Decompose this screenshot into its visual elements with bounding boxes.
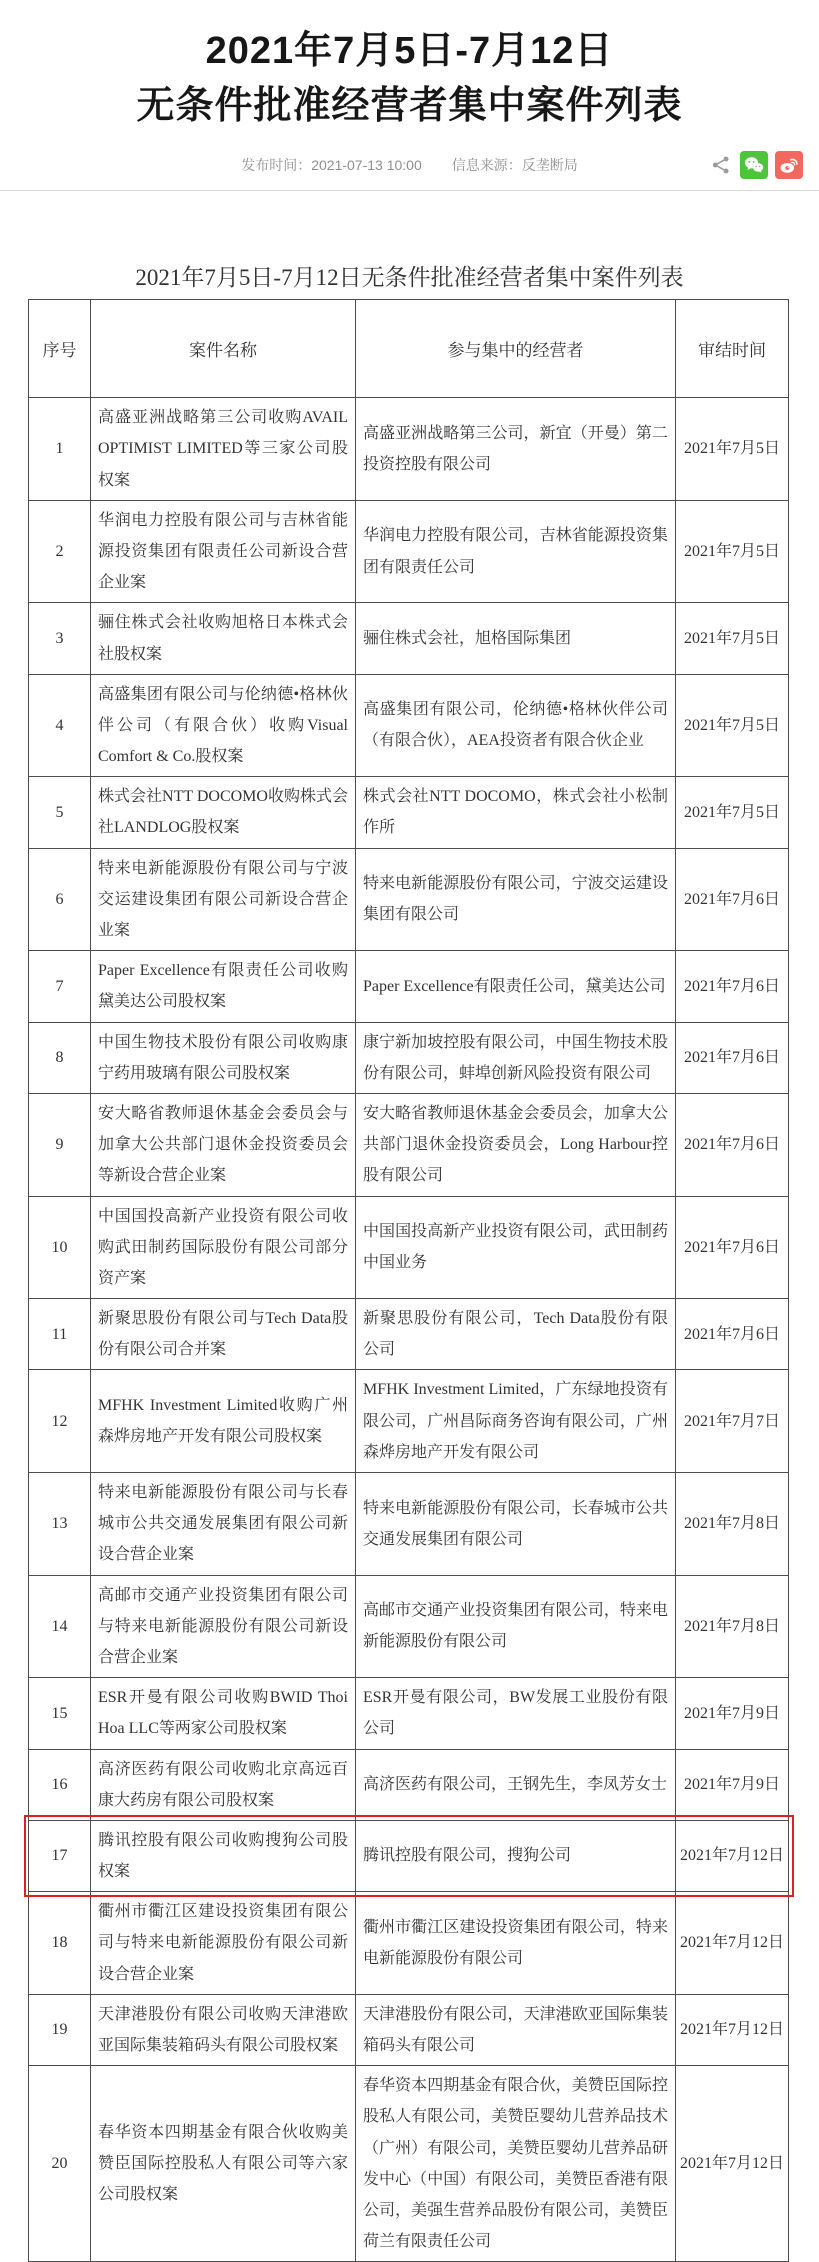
row-number: 15 <box>29 1678 91 1749</box>
parties: 新聚思股份有限公司，Tech Data股份有限公司 <box>356 1299 676 1370</box>
parties: 安大略省教师退休基金会委员会，加拿大公共部门退休金投资委员会，Long Harb… <box>356 1093 676 1196</box>
date: 2021年7月6日 <box>676 1299 789 1370</box>
header-row: 序号 案件名称 参与集中的经营者 审结时间 <box>29 300 789 398</box>
date: 2021年7月9日 <box>676 1749 789 1820</box>
parties: 康宁新加坡控股有限公司，中国生物技术股份有限公司，蚌埠创新风险投资有限公司 <box>356 1022 676 1093</box>
case-name: Paper Excellence有限责任公司收购黛美达公司股权案 <box>91 951 356 1022</box>
table-row: 19 天津港股份有限公司收购天津港欧亚国际集装箱码头有限公司股权案 天津港股份有… <box>29 1994 789 2065</box>
row-number: 6 <box>29 848 91 951</box>
case-name: 高盛亚洲战略第三公司收购AVAIL OPTIMIST LIMITED等三家公司股… <box>91 398 356 501</box>
case-name: 高邮市交通产业投资集团有限公司与特来电新能源股份有限公司新设合营企业案 <box>91 1575 356 1678</box>
date: 2021年7月12日 <box>676 2066 789 2262</box>
table-row: 13 特来电新能源股份有限公司与长春城市公共交通发展集团有限公司新设合营企业案 … <box>29 1473 789 1576</box>
date: 2021年7月5日 <box>676 500 789 603</box>
row-number: 10 <box>29 1196 91 1299</box>
row-number: 18 <box>29 1892 91 1995</box>
table-row: 14 高邮市交通产业投资集团有限公司与特来电新能源股份有限公司新设合营企业案 高… <box>29 1575 789 1678</box>
date: 2021年7月5日 <box>676 674 789 777</box>
date: 2021年7月8日 <box>676 1575 789 1678</box>
header-no: 序号 <box>29 300 91 398</box>
table-row: 20 春华资本四期基金有限合伙收购美赞臣国际控股私人有限公司等六家公司股权案 春… <box>29 2066 789 2262</box>
table-row: 4 高盛集团有限公司与伦纳德•格林伙伴公司（有限合伙）收购Visual Comf… <box>29 674 789 777</box>
row-number: 17 <box>29 1820 91 1891</box>
parties: 华润电力控股有限公司，吉林省能源投资集团有限责任公司 <box>356 500 676 603</box>
parties: 高盛亚洲战略第三公司，新宜（开曼）第二投资控股有限公司 <box>356 398 676 501</box>
case-name: MFHK Investment Limited收购广州森烨房地产开发有限公司股权… <box>91 1370 356 1473</box>
date: 2021年7月8日 <box>676 1473 789 1576</box>
parties: 中国国投高新产业投资有限公司，武田制药中国业务 <box>356 1196 676 1299</box>
parties: ESR开曼有限公司，BW发展工业股份有限公司 <box>356 1678 676 1749</box>
date: 2021年7月9日 <box>676 1678 789 1749</box>
row-number: 14 <box>29 1575 91 1678</box>
date: 2021年7月12日 <box>676 1994 789 2065</box>
date: 2021年7月6日 <box>676 1196 789 1299</box>
table-caption: 2021年7月5日-7月12日无条件批准经营者集中案件列表 <box>0 259 819 292</box>
header-date: 审结时间 <box>676 300 789 398</box>
table-row: 9 安大略省教师退休基金会委员会与加拿大公共部门退休金投资委员会等新设合营企业案… <box>29 1093 789 1196</box>
row-number: 5 <box>29 777 91 848</box>
weibo-icon[interactable] <box>775 151 803 179</box>
header-divider <box>0 190 819 191</box>
date: 2021年7月12日 <box>676 1892 789 1995</box>
row-number: 16 <box>29 1749 91 1820</box>
row-number: 8 <box>29 1022 91 1093</box>
case-name: 中国国投高新产业投资有限公司收购武田制药国际股份有限公司部分资产案 <box>91 1196 356 1299</box>
source-label: 信息来源： <box>452 157 522 173</box>
table-row: 11 新聚思股份有限公司与Tech Data股份有限公司合并案 新聚思股份有限公… <box>29 1299 789 1370</box>
wechat-icon[interactable] <box>740 151 768 179</box>
page-title-line1: 2021年7月5日-7月12日 <box>206 30 614 72</box>
parties: 高邮市交通产业投资集团有限公司，特来电新能源股份有限公司 <box>356 1575 676 1678</box>
case-table-body: 1 高盛亚洲战略第三公司收购AVAIL OPTIMIST LIMITED等三家公… <box>29 398 789 2262</box>
case-name: 天津港股份有限公司收购天津港欧亚国际集装箱码头有限公司股权案 <box>91 1994 356 2065</box>
date: 2021年7月5日 <box>676 398 789 501</box>
date: 2021年7月5日 <box>676 777 789 848</box>
table-row: 10 中国国投高新产业投资有限公司收购武田制药国际股份有限公司部分资产案 中国国… <box>29 1196 789 1299</box>
case-name: 春华资本四期基金有限合伙收购美赞臣国际控股私人有限公司等六家公司股权案 <box>91 2066 356 2262</box>
case-name: 新聚思股份有限公司与Tech Data股份有限公司合并案 <box>91 1299 356 1370</box>
row-number: 2 <box>29 500 91 603</box>
table-row: 3 骊住株式会社收购旭格日本株式会社股权案 骊住株式会社，旭格国际集团 2021… <box>29 603 789 674</box>
case-name: 高盛集团有限公司与伦纳德•格林伙伴公司（有限合伙）收购Visual Comfor… <box>91 674 356 777</box>
parties: 高济医药有限公司，王钢先生，李凤芳女士 <box>356 1749 676 1820</box>
case-name: 特来电新能源股份有限公司与宁波交运建设集团有限公司新设合营企业案 <box>91 848 356 951</box>
date: 2021年7月6日 <box>676 951 789 1022</box>
table-row: 8 中国生物技术股份有限公司收购康宁药用玻璃有限公司股权案 康宁新加坡控股有限公… <box>29 1022 789 1093</box>
case-name: 安大略省教师退休基金会委员会与加拿大公共部门退休金投资委员会等新设合营企业案 <box>91 1093 356 1196</box>
row-number: 13 <box>29 1473 91 1576</box>
row-number: 1 <box>29 398 91 501</box>
table-row: 7 Paper Excellence有限责任公司收购黛美达公司股权案 Paper… <box>29 951 789 1022</box>
date: 2021年7月7日 <box>676 1370 789 1473</box>
table-row: 2 华润电力控股有限公司与吉林省能源投资集团有限责任公司新设合营企业案 华润电力… <box>29 500 789 603</box>
row-number: 19 <box>29 1994 91 2065</box>
table-row: 17 腾讯控股有限公司收购搜狗公司股权案 腾讯控股有限公司，搜狗公司 2021年… <box>29 1820 789 1891</box>
date: 2021年7月12日 <box>676 1820 789 1891</box>
row-number: 4 <box>29 674 91 777</box>
publish-meta: 发布时间：2021-07-13 10:00信息来源：反垄断局 <box>0 148 819 182</box>
row-number: 12 <box>29 1370 91 1473</box>
meta-row: 发布时间：2021-07-13 10:00信息来源：反垄断局 <box>0 148 819 182</box>
case-name: 衢州市衢江区建设投资集团有限公司与特来电新能源股份有限公司新设合营企业案 <box>91 1892 356 1995</box>
row-number: 3 <box>29 603 91 674</box>
table-row: 15 ESR开曼有限公司收购BWID Thoi Hoa LLC等两家公司股权案 … <box>29 1678 789 1749</box>
case-name: 骊住株式会社收购旭格日本株式会社股权案 <box>91 603 356 674</box>
table-row: 5 株式会社NTT DOCOMO收购株式会社LANDLOG股权案 株式会社NTT… <box>29 777 789 848</box>
share-toolbar <box>709 151 803 179</box>
date: 2021年7月5日 <box>676 603 789 674</box>
parties: 株式会社NTT DOCOMO，株式会社小松制作所 <box>356 777 676 848</box>
share-icon[interactable] <box>709 151 733 179</box>
case-name: 华润电力控股有限公司与吉林省能源投资集团有限责任公司新设合营企业案 <box>91 500 356 603</box>
table-row: 16 高济医药有限公司收购北京高远百康大药房有限公司股权案 高济医药有限公司，王… <box>29 1749 789 1820</box>
parties: 特来电新能源股份有限公司，长春城市公共交通发展集团有限公司 <box>356 1473 676 1576</box>
source-value: 反垄断局 <box>522 157 578 173</box>
header-case: 案件名称 <box>91 300 356 398</box>
table-row: 6 特来电新能源股份有限公司与宁波交运建设集团有限公司新设合营企业案 特来电新能… <box>29 848 789 951</box>
parties: Paper Excellence有限责任公司，黛美达公司 <box>356 951 676 1022</box>
parties: MFHK Investment Limited，广东绿地投资有限公司，广州昌际商… <box>356 1370 676 1473</box>
date: 2021年7月6日 <box>676 1093 789 1196</box>
case-name: ESR开曼有限公司收购BWID Thoi Hoa LLC等两家公司股权案 <box>91 1678 356 1749</box>
row-number: 20 <box>29 2066 91 2262</box>
parties: 天津港股份有限公司，天津港欧亚国际集装箱码头有限公司 <box>356 1994 676 2065</box>
date: 2021年7月6日 <box>676 848 789 951</box>
table-row: 12 MFHK Investment Limited收购广州森烨房地产开发有限公… <box>29 1370 789 1473</box>
parties: 骊住株式会社，旭格国际集团 <box>356 603 676 674</box>
case-name: 中国生物技术股份有限公司收购康宁药用玻璃有限公司股权案 <box>91 1022 356 1093</box>
case-name: 腾讯控股有限公司收购搜狗公司股权案 <box>91 1820 356 1891</box>
table-row: 1 高盛亚洲战略第三公司收购AVAIL OPTIMIST LIMITED等三家公… <box>29 398 789 501</box>
publish-time-value: 2021-07-13 10:00 <box>311 157 422 173</box>
page-title: 2021年7月5日-7月12日 无条件批准经营者集中案件列表 <box>0 24 819 134</box>
case-name: 株式会社NTT DOCOMO收购株式会社LANDLOG股权案 <box>91 777 356 848</box>
row-number: 11 <box>29 1299 91 1370</box>
parties: 衢州市衢江区建设投资集团有限公司，特来电新能源股份有限公司 <box>356 1892 676 1995</box>
parties: 高盛集团有限公司，伦纳德•格林伙伴公司（有限合伙），AEA投资者有限合伙企业 <box>356 674 676 777</box>
row-number: 9 <box>29 1093 91 1196</box>
article-page: 2021年7月5日-7月12日 无条件批准经营者集中案件列表 发布时间：2021… <box>0 0 819 2262</box>
case-table: 序号 案件名称 参与集中的经营者 审结时间 1 高盛亚洲战略第三公司收购AVAI… <box>28 299 789 2262</box>
parties: 腾讯控股有限公司，搜狗公司 <box>356 1820 676 1891</box>
page-title-line2: 无条件批准经营者集中案件列表 <box>136 85 682 127</box>
case-table-header: 序号 案件名称 参与集中的经营者 审结时间 <box>29 300 789 398</box>
case-name: 高济医药有限公司收购北京高远百康大药房有限公司股权案 <box>91 1749 356 1820</box>
parties: 特来电新能源股份有限公司，宁波交运建设集团有限公司 <box>356 848 676 951</box>
publish-time-label: 发布时间： <box>241 157 311 173</box>
table-row: 18 衢州市衢江区建设投资集团有限公司与特来电新能源股份有限公司新设合营企业案 … <box>29 1892 789 1995</box>
row-number: 7 <box>29 951 91 1022</box>
header-parties: 参与集中的经营者 <box>356 300 676 398</box>
parties: 春华资本四期基金有限合伙，美赞臣国际控股私人有限公司，美赞臣婴幼儿营养品技术（广… <box>356 2066 676 2262</box>
date: 2021年7月6日 <box>676 1022 789 1093</box>
case-name: 特来电新能源股份有限公司与长春城市公共交通发展集团有限公司新设合营企业案 <box>91 1473 356 1576</box>
